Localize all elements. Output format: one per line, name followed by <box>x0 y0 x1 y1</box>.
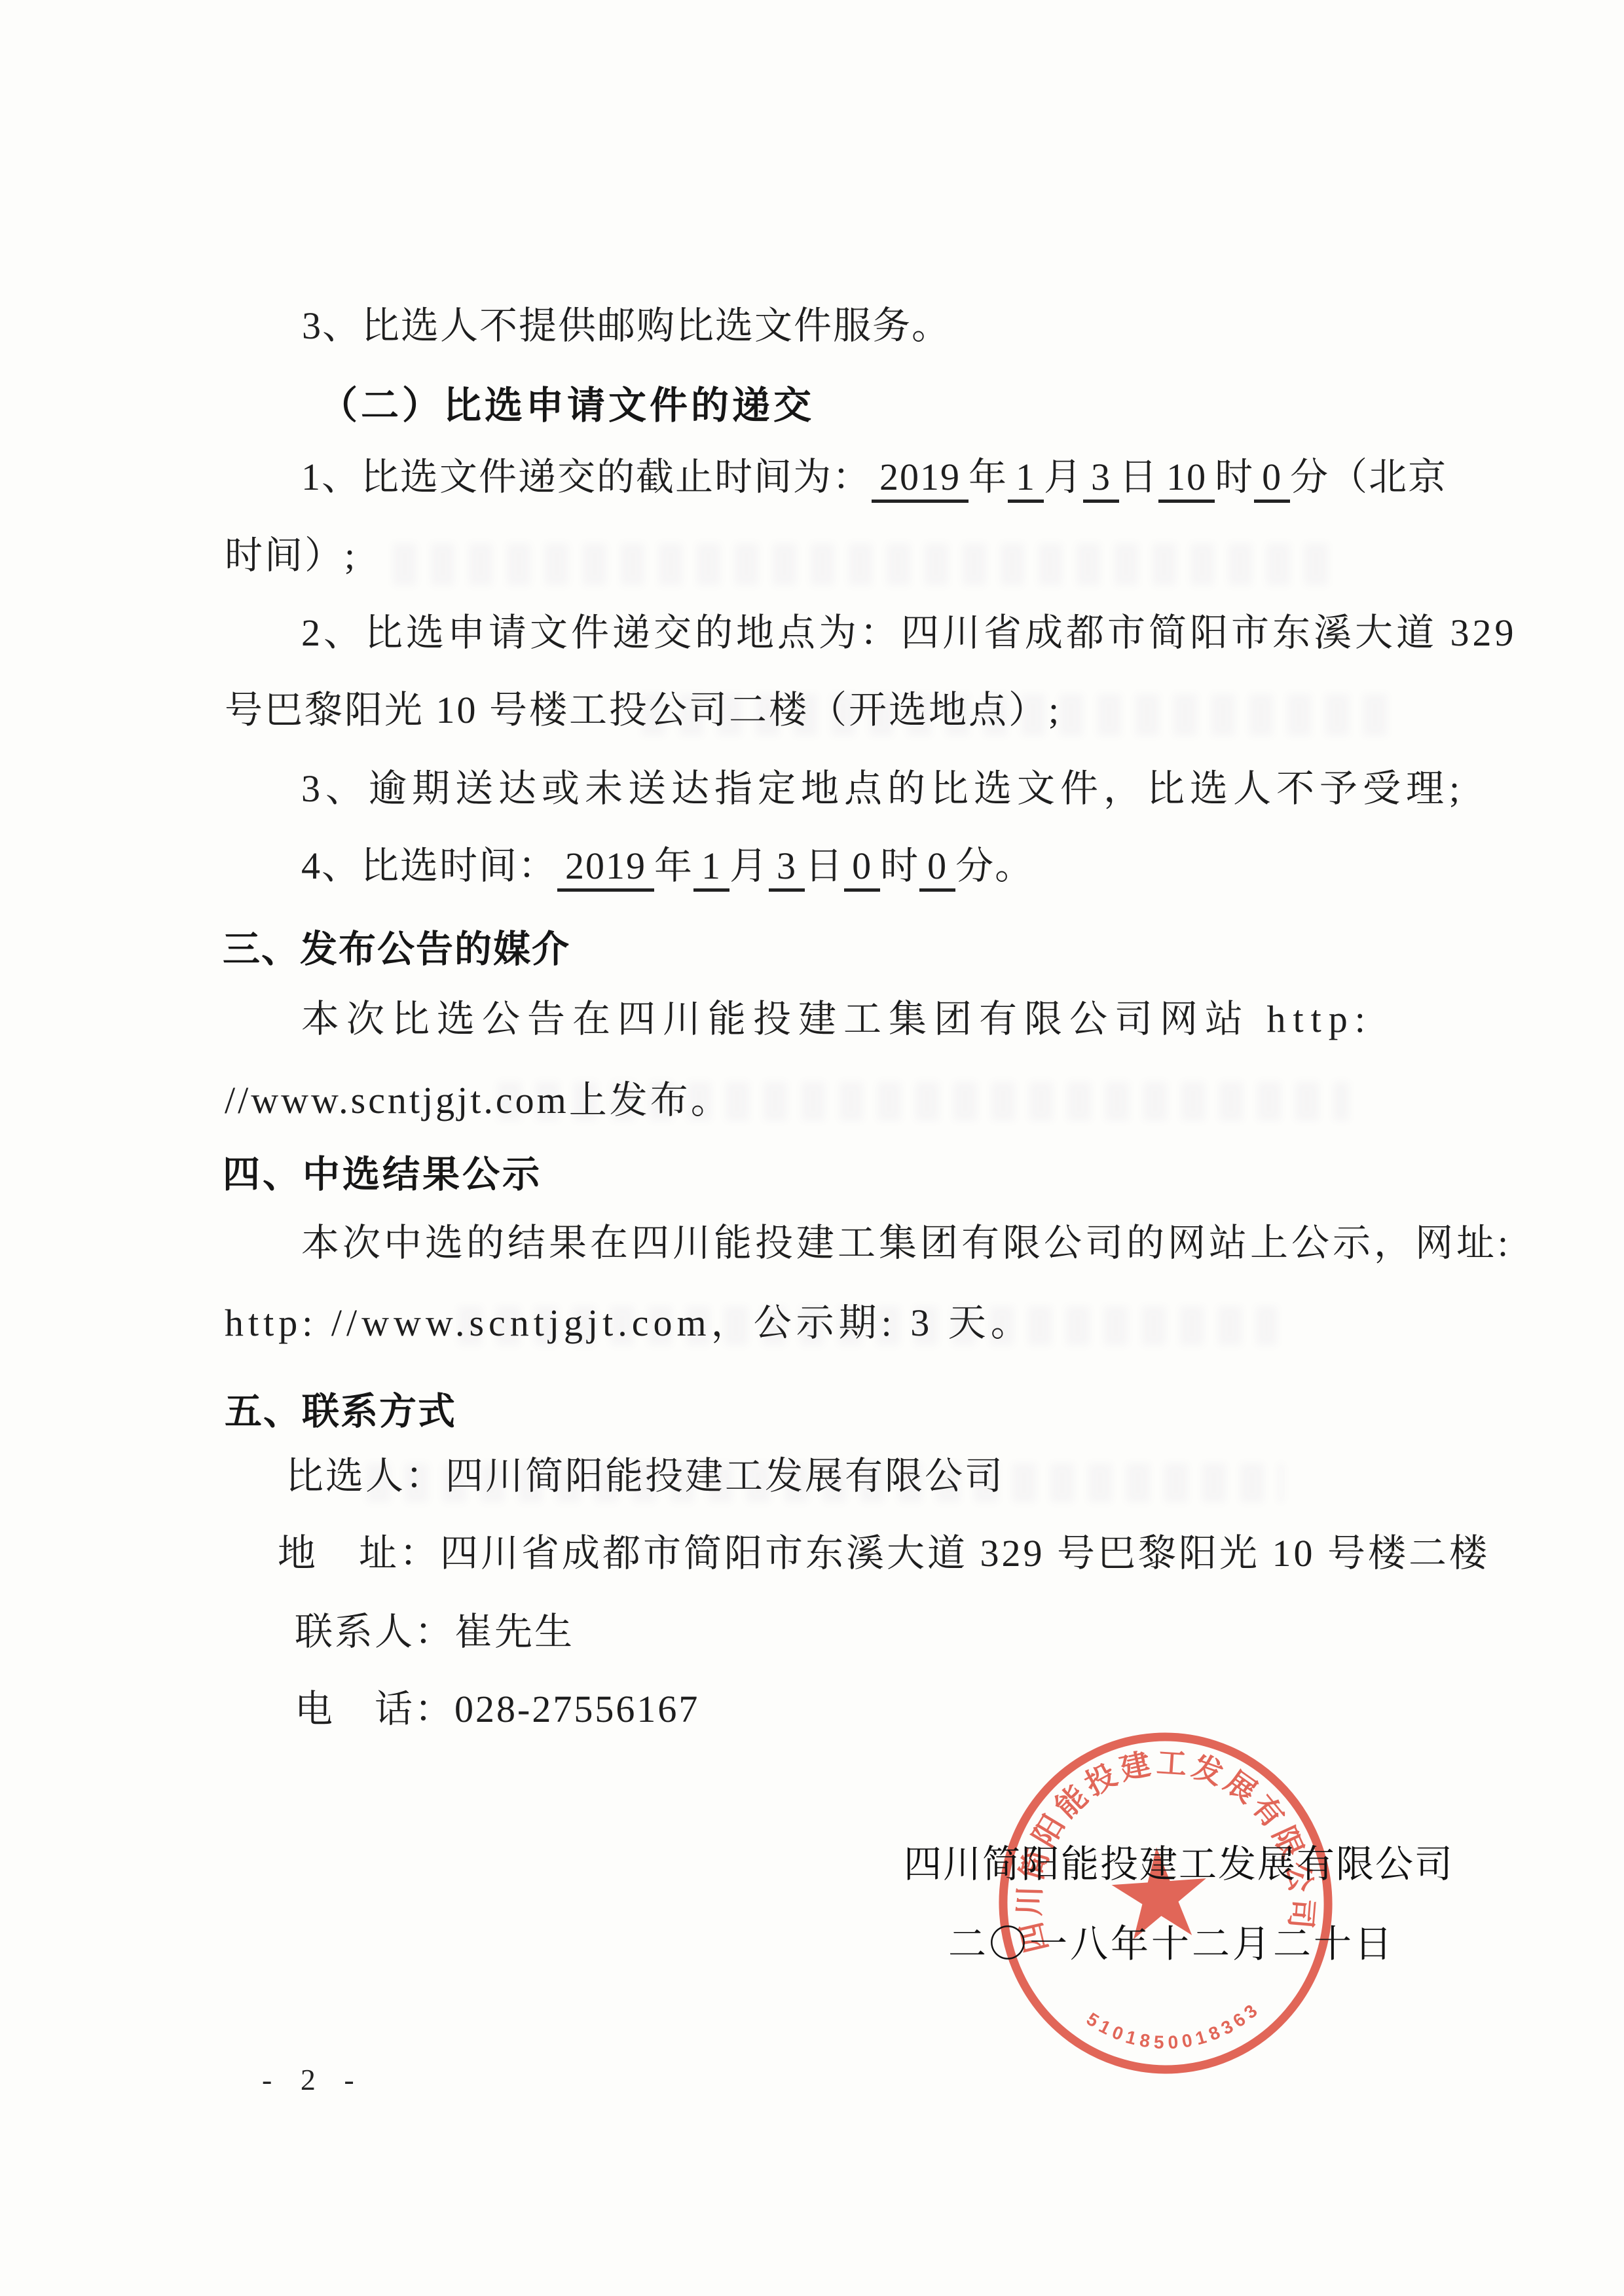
bleedthrough-artifact <box>393 543 1342 585</box>
text-segment: 日 <box>1119 456 1158 498</box>
paragraph-location-line1: 2、比选申请文件递交的地点为：四川省成都市简阳市东溪大道 329 <box>301 611 1517 655</box>
fill-in-hour: 10 <box>1158 458 1215 503</box>
text-segment: 4、比选时间： <box>301 845 557 887</box>
contact-phone: 电 话：028-27556167 <box>295 1688 699 1732</box>
text-segment: 时 <box>880 845 919 887</box>
paragraph-selection-time: 4、比选时间：2019年1月3日0时0分。 <box>301 845 1034 892</box>
scanned-document-page: 3、比选人不提供邮购比选文件服务。 （二）比选申请文件的递交 1、比选文件递交的… <box>0 0 1624 2296</box>
fill-in-year: 2019 <box>557 847 654 892</box>
heading-announcement-media: 三、发布公告的媒介 <box>223 919 570 973</box>
fill-in-hour: 0 <box>844 847 880 892</box>
signature-company-name: 四川简阳能投建工发展有限公司 <box>904 1833 1454 1888</box>
fill-in-day: 3 <box>769 847 805 892</box>
fill-in-minute: 0 <box>1254 458 1290 503</box>
text-segment: 1、比选文件递交的截止时间为： <box>301 456 872 498</box>
contact-person: 联系人：崔先生 <box>295 1611 574 1654</box>
company-seal: 四川简阳能投建工发展有限公司 5101850018363 <box>984 1719 1348 2088</box>
paragraph-deadline-line1: 1、比选文件递交的截止时间为：2019年1月3日10时0分（北京 <box>301 456 1447 503</box>
paragraph-media-line1: 本次比选公告在四川能投建工集团有限公司网站 http: <box>301 998 1373 1042</box>
heading-result-publicity: 四、中选结果公示 <box>223 1144 542 1198</box>
text-segment: 月 <box>1044 456 1083 498</box>
fill-in-month: 1 <box>1008 458 1044 503</box>
heading-contact-info: 五、联系方式 <box>225 1381 456 1435</box>
fill-in-month: 1 <box>693 847 729 892</box>
text-segment: 日 <box>805 845 844 887</box>
paragraph-no-mail-order: 3、比选人不提供邮购比选文件服务。 <box>302 304 951 348</box>
paragraph-result-line2: http: //www.scntjgjt.com，公示期: 3 天。 <box>225 1302 1033 1345</box>
signature-date: 二〇一八年十二月二十日 <box>948 1913 1395 1968</box>
contact-address: 地 址：四川省成都市简阳市东溪大道 329 号巴黎阳光 10 号楼二楼 <box>278 1532 1490 1576</box>
text-segment: 年 <box>969 456 1008 498</box>
page-number: - 2 - <box>262 2062 365 2097</box>
text-segment: 月 <box>729 845 769 887</box>
heading-submission-of-documents: （二）比选申请文件的递交 <box>320 374 815 429</box>
text-segment: 分。 <box>955 845 1034 887</box>
paragraph-result-line1: 本次中选的结果在四川能投建工集团有限公司的网站上公示，网址: <box>301 1222 1511 1266</box>
contact-selector-name: 比选人：四川简阳能投建工发展有限公司 <box>286 1455 1005 1499</box>
paragraph-location-line2: 号巴黎阳光 10 号楼工投公司二楼（开选地点）; <box>225 689 1061 733</box>
paragraph-deadline-line2: 时间）; <box>225 534 357 578</box>
fill-in-day: 3 <box>1083 458 1119 503</box>
paragraph-late-delivery: 3、逾期送达或未送达指定地点的比选文件，比选人不予受理; <box>301 767 1465 811</box>
text-segment: 分（北京 <box>1290 456 1447 498</box>
fill-in-year: 2019 <box>872 458 969 503</box>
paragraph-media-line2: //www.scntjgjt.com上发布。 <box>225 1079 731 1123</box>
text-segment: 时 <box>1215 456 1254 498</box>
fill-in-minute: 0 <box>919 847 955 892</box>
text-segment: 年 <box>654 845 693 887</box>
